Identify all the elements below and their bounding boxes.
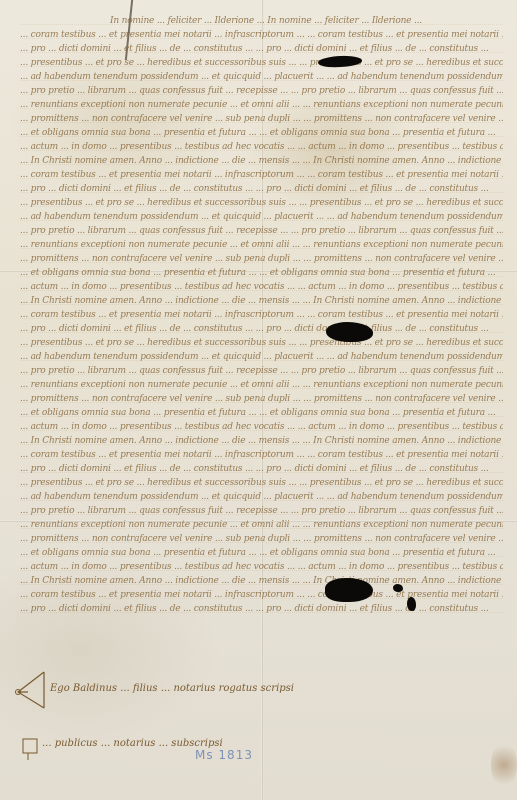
charter-line: ... ad habendum tenendum possidendum ...…	[20, 350, 503, 364]
charter-line: ... promittens ... non contrafacere vel …	[20, 252, 503, 266]
charter-line: ... renuntians exceptioni non numerate p…	[20, 98, 503, 112]
charter-line: ... In Christi nomine amen. Anno ... ind…	[20, 154, 503, 168]
parchment-hole	[326, 322, 373, 342]
shelfmark-stamp: Ms 1813	[195, 748, 253, 762]
charter-line: ... actum ... in domo ... presentibus ..…	[20, 560, 503, 574]
charter-line: ... et obligans omnia sua bona ... prese…	[20, 546, 503, 560]
charter-line: ... pro pretio ... librarum ... quas con…	[20, 364, 503, 378]
charter-line: ... coram testibus ... et presentia mei …	[20, 28, 503, 42]
charter-line: ... In Christi nomine amen. Anno ... ind…	[20, 294, 503, 308]
charter-line: ... pro ... dicti domini ... et filius .…	[20, 462, 503, 476]
charter-line: ... pro ... dicti domini ... et filius .…	[20, 602, 503, 616]
charter-line: ... actum ... in domo ... presentibus ..…	[20, 420, 503, 434]
charter-line: ... promittens ... non contrafacere vel …	[20, 112, 503, 126]
charter-line: In nomine ... feliciter ... Ilderione ..…	[20, 14, 503, 28]
notary-subscription-1: Ego Baldinus ... filius ... notarius rog…	[50, 683, 294, 694]
charter-line: ... et obligans omnia sua bona ... prese…	[20, 266, 503, 280]
charter-line: ... presentibus ... et pro se ... heredi…	[20, 196, 503, 210]
charter-text: In nomine ... feliciter ... Ilderione ..…	[20, 14, 503, 616]
charter-line: ... actum ... in domo ... presentibus ..…	[20, 140, 503, 154]
charter-line: ... pro ... dicti domini ... et filius .…	[20, 42, 503, 56]
charter-line: ... pro ... dicti domini ... et filius .…	[20, 182, 503, 196]
charter-line: ... coram testibus ... et presentia mei …	[20, 308, 503, 322]
parchment-sheet: In nomine ... feliciter ... Ilderione ..…	[0, 0, 517, 800]
parchment-hole	[393, 584, 403, 592]
charter-line: ... promittens ... non contrafacere vel …	[20, 392, 503, 406]
charter-line: ... In Christi nomine amen. Anno ... ind…	[20, 574, 503, 588]
charter-line: ... et obligans omnia sua bona ... prese…	[20, 126, 503, 140]
charter-line: ... renuntians exceptioni non numerate p…	[20, 238, 503, 252]
stain	[491, 740, 517, 790]
charter-line: ... renuntians exceptioni non numerate p…	[20, 518, 503, 532]
charter-line: ... coram testibus ... et presentia mei …	[20, 448, 503, 462]
charter-line: ... In Christi nomine amen. Anno ... ind…	[20, 434, 503, 448]
charter-line: ... et obligans omnia sua bona ... prese…	[20, 406, 503, 420]
charter-line: ... promittens ... non contrafacere vel …	[20, 532, 503, 546]
charter-line: ... coram testibus ... et presentia mei …	[20, 168, 503, 182]
charter-line: ... pro ... dicti domini ... et filius .…	[20, 322, 503, 336]
charter-line: ... ad habendum tenendum possidendum ...…	[20, 210, 503, 224]
charter-line: ... pro pretio ... librarum ... quas con…	[20, 504, 503, 518]
charter-line: ... pro pretio ... librarum ... quas con…	[20, 224, 503, 238]
charter-line: ... pro pretio ... librarum ... quas con…	[20, 84, 503, 98]
notarial-signum-icon	[14, 668, 54, 712]
charter-line: ... coram testibus ... et presentia mei …	[20, 588, 503, 602]
charter-line: ... presentibus ... et pro se ... heredi…	[20, 336, 503, 350]
notarial-signum-icon	[20, 735, 42, 761]
charter-line: ... ad habendum tenendum possidendum ...…	[20, 70, 503, 84]
parchment-hole	[407, 597, 416, 611]
parchment-hole	[325, 578, 373, 602]
charter-line: ... actum ... in domo ... presentibus ..…	[20, 280, 503, 294]
charter-line: ... presentibus ... et pro se ... heredi…	[20, 56, 503, 70]
charter-line: ... presentibus ... et pro se ... heredi…	[20, 476, 503, 490]
charter-line: ... renuntians exceptioni non numerate p…	[20, 378, 503, 392]
charter-line: ... ad habendum tenendum possidendum ...…	[20, 490, 503, 504]
